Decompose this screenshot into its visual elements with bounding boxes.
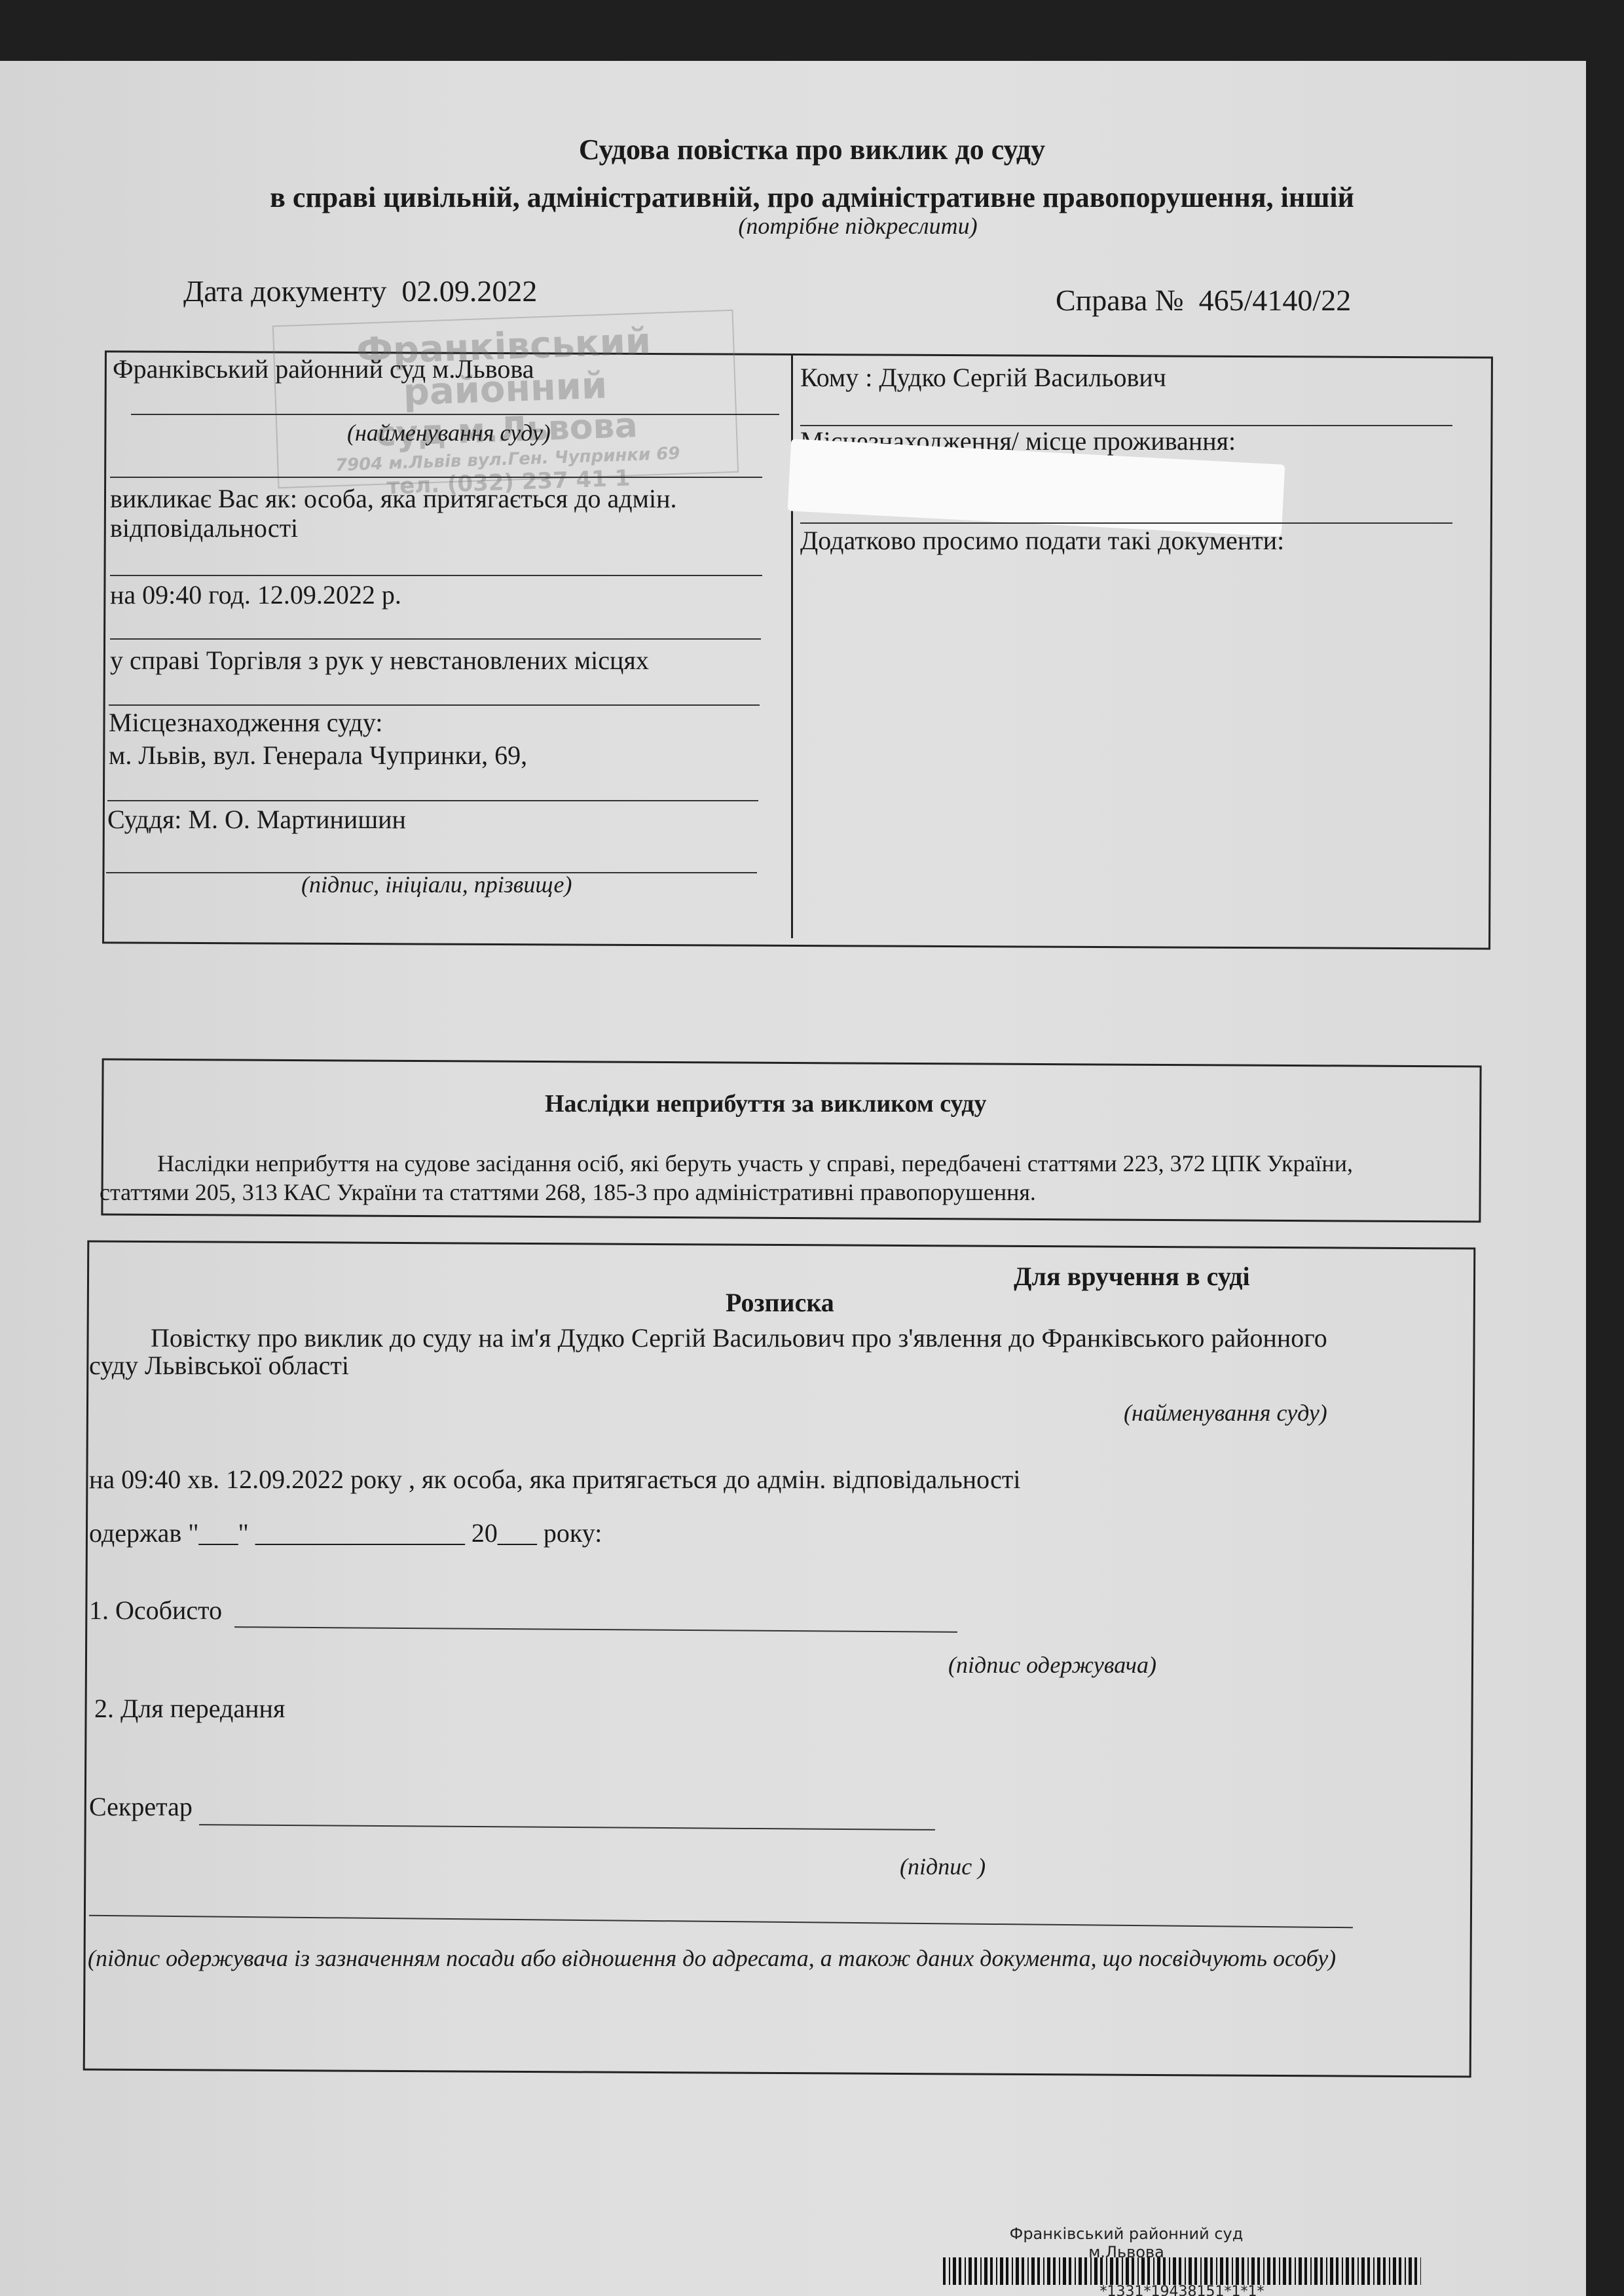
bottom-caption: (підпис одержувача із зазначенням посади…: [88, 1944, 1336, 1972]
receipt-text-line2: суду Львівської області: [89, 1350, 349, 1381]
document-date-value: 02.09.2022: [401, 274, 537, 308]
divider-line: [110, 638, 761, 640]
case-number-label: Справа №: [1056, 283, 1184, 317]
judge: Суддя: М. О. Мартинишин: [107, 804, 406, 835]
judge-caption: (підпис, ініціали, прізвище): [301, 871, 572, 898]
court-location-label: Місцезнаходження суду:: [109, 707, 382, 738]
court-name-line: [131, 414, 779, 415]
personally-label: 1. Особисто: [89, 1595, 222, 1626]
case-number-value: 465/4140/22: [1199, 283, 1352, 317]
recipient-signature-caption: (підпис одержувача): [948, 1651, 1156, 1679]
hearing-time: на 09:40 год. 12.09.2022 р.: [110, 579, 401, 610]
documents-label: Додатково просимо подати такі документи:: [800, 525, 1284, 556]
divider-line: [110, 477, 762, 478]
court-location: м. Львів, вул. Генерала Чупринки, 69,: [109, 740, 527, 771]
footer-court-line1: Франківський районний суд: [995, 2225, 1257, 2243]
case-number: Справа № 465/4140/22: [1056, 283, 1351, 318]
title-line-2: в справі цивільній, адміністративній, пр…: [111, 181, 1513, 214]
consequences-text-line2: статтями 205, 313 КАС України та статтям…: [100, 1178, 1036, 1206]
document-date: Дата документу 02.09.2022: [183, 274, 537, 308]
summons-as-line2: відповідальності: [110, 513, 298, 543]
delivery-note: Для вручення в суді: [1014, 1261, 1250, 1292]
received-line: одержав "___" ________________ 20___ рок…: [89, 1518, 602, 1548]
consequences-text-line1: Наслідки неприбуття на судове засідання …: [157, 1150, 1353, 1177]
secretary-signature-caption: (підпис ): [900, 1853, 986, 1880]
court-stamp: Франківський районний суд м.Львова 7904 …: [272, 310, 739, 488]
for-transfer-label: 2. Для передання: [94, 1693, 285, 1724]
receipt-text-line1: Повістку про виклик до суду на ім'я Дудк…: [151, 1322, 1327, 1353]
court-name-caption: (найменування суду): [347, 419, 551, 446]
divider-line: [107, 800, 758, 801]
secretary-label: Секретар: [89, 1791, 193, 1822]
title-note: (потрібне підкреслити): [46, 212, 1624, 240]
recipient: Кому : Дудко Сергій Васильович: [800, 362, 1166, 393]
case-subject: у справі Торгівля з рук у невстановлених…: [110, 645, 649, 676]
court-name: Франківський районний суд м.Львова: [113, 354, 534, 384]
divider-line: [109, 704, 760, 706]
appearance-line: на 09:40 хв. 12.09.2022 року , як особа,…: [89, 1464, 1021, 1495]
receipt-title: Розписка: [726, 1287, 834, 1318]
barcode-text: *1331*19438151*1*1*: [943, 2284, 1421, 2296]
document-date-label: Дата документу: [183, 274, 386, 308]
divider-line: [800, 522, 1452, 524]
receipt-court-caption: (найменування суду): [1124, 1399, 1327, 1427]
consequences-title: Наслідки неприбуття за викликом суду: [545, 1089, 986, 1118]
divider-line: [110, 575, 762, 576]
title-line-1: Судова повістка про виклик до суду: [0, 133, 1624, 166]
barcode: [943, 2257, 1421, 2285]
summons-as-line1: викликає Вас як: особа, яка притягається…: [110, 483, 676, 514]
